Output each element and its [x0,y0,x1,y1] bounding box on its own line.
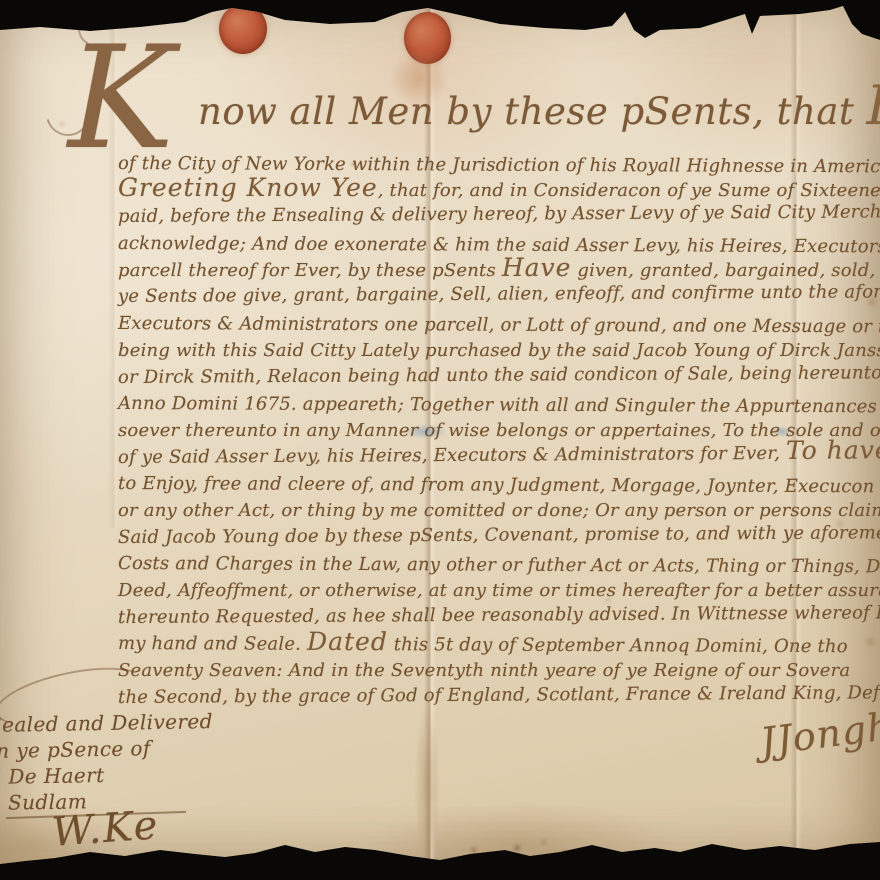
line-emphasis-text: To have And to hol [786,434,880,465]
opening-line: now all Men by these pSents, that I Jaco… [198,74,880,137]
line-emphasis-text: Greeting Know Yee [118,173,378,202]
manuscript-line: ye Sents doe give, grant, bargaine, Sell… [118,277,880,309]
attestation-text: ll De Haert [0,763,105,789]
attestation-line: ll De Haert [0,760,213,790]
deed-body: of the City of New Yorke within the Juri… [118,148,880,708]
manuscript-line: thereunto Requested, as hee shall bee re… [118,597,880,629]
line-text: this 5t day of September Annoq Domini, O… [388,635,848,658]
manuscript-line: Costs and Charges in the Law, any other … [118,548,880,578]
manuscript-line: acknowledge; And doe exonerate & him the… [118,228,880,258]
line-text: Anno Domini 1675. appeareth; Together wi… [118,393,880,417]
attestation-line: Sealed and Delivered [0,708,213,738]
line-text: paid, before the Ensealing & delivery he… [118,201,880,228]
line-text: or Dirck Smith, Relacon being had unto t… [118,361,880,387]
line-text: Costs and Charges in the Law, any other … [118,553,880,577]
crease-stain [414,700,440,870]
manuscript-line: paid, before the Ensealing & delivery he… [118,196,880,228]
line-text: of the City of New Yorke within the Juri… [118,153,880,177]
attestation-block: Sealed and DeliveredIn ye pSence ofll De… [0,712,213,816]
photo-background: K now all Men by these pSents, that I Ja… [0,0,880,880]
line-emphasis-text: Dated [307,627,388,656]
manuscript-line: Executors & Administrators one parcell, … [118,308,880,338]
attestation-text: In ye pSence of [0,736,151,763]
line-text: ye Sents doe give, grant, bargaine, Sell… [118,281,880,307]
manuscript-page: K now all Men by these pSents, that I Ja… [0,0,880,880]
manuscript-line: or Dirck Smith, Relacon being had unto t… [118,357,880,389]
line-text: thereunto Requested, as hee shall bee re… [118,602,880,628]
attestation-line: In ye pSence of [0,734,213,764]
manuscript-line: Anno Domini 1675. appeareth; Together wi… [118,388,880,418]
line-text: the Second, by the grace of God of Engla… [118,682,880,708]
foxing-spots [0,0,4,4]
manuscript-line: Said Jacob Young doe by these pSents, Co… [118,517,880,549]
manuscript-line: of the City of New Yorke within the Juri… [118,148,880,178]
manuscript-line: to Enjoy, free and cleere of, and from a… [118,468,880,498]
manuscript-line: my hand and Seale. Dated this 5t day of … [118,628,880,658]
grantor-signature: JJongh [758,704,880,764]
line-text: of ye Said Asser Levy, his Heires, Execu… [118,442,786,467]
attestation-text: Sealed and Delivered [0,709,213,737]
line-text: Said Jacob Young doe by these pSents, Co… [118,522,880,548]
line-text: to Enjoy, free and cleere of, and from a… [118,473,880,498]
witness-mark: W.Ke [51,802,161,855]
manuscript-line: the Second, by the grace of God of Engla… [118,677,880,709]
grantor-name-display: I Jacob G [867,74,880,137]
line-text: my hand and Seale. [118,633,307,655]
opening-text: now all Men by these pSents, that [198,90,867,133]
line-text: parcell thereof for Ever, by these pSent… [118,260,502,281]
line-text: acknowledge; And doe exonerate & him the… [118,233,880,258]
wax-seal-left [219,4,267,54]
line-text: Executors & Administrators one parcell, … [118,313,880,338]
manuscript-line: of ye Said Asser Levy, his Heires, Execu… [118,437,880,469]
